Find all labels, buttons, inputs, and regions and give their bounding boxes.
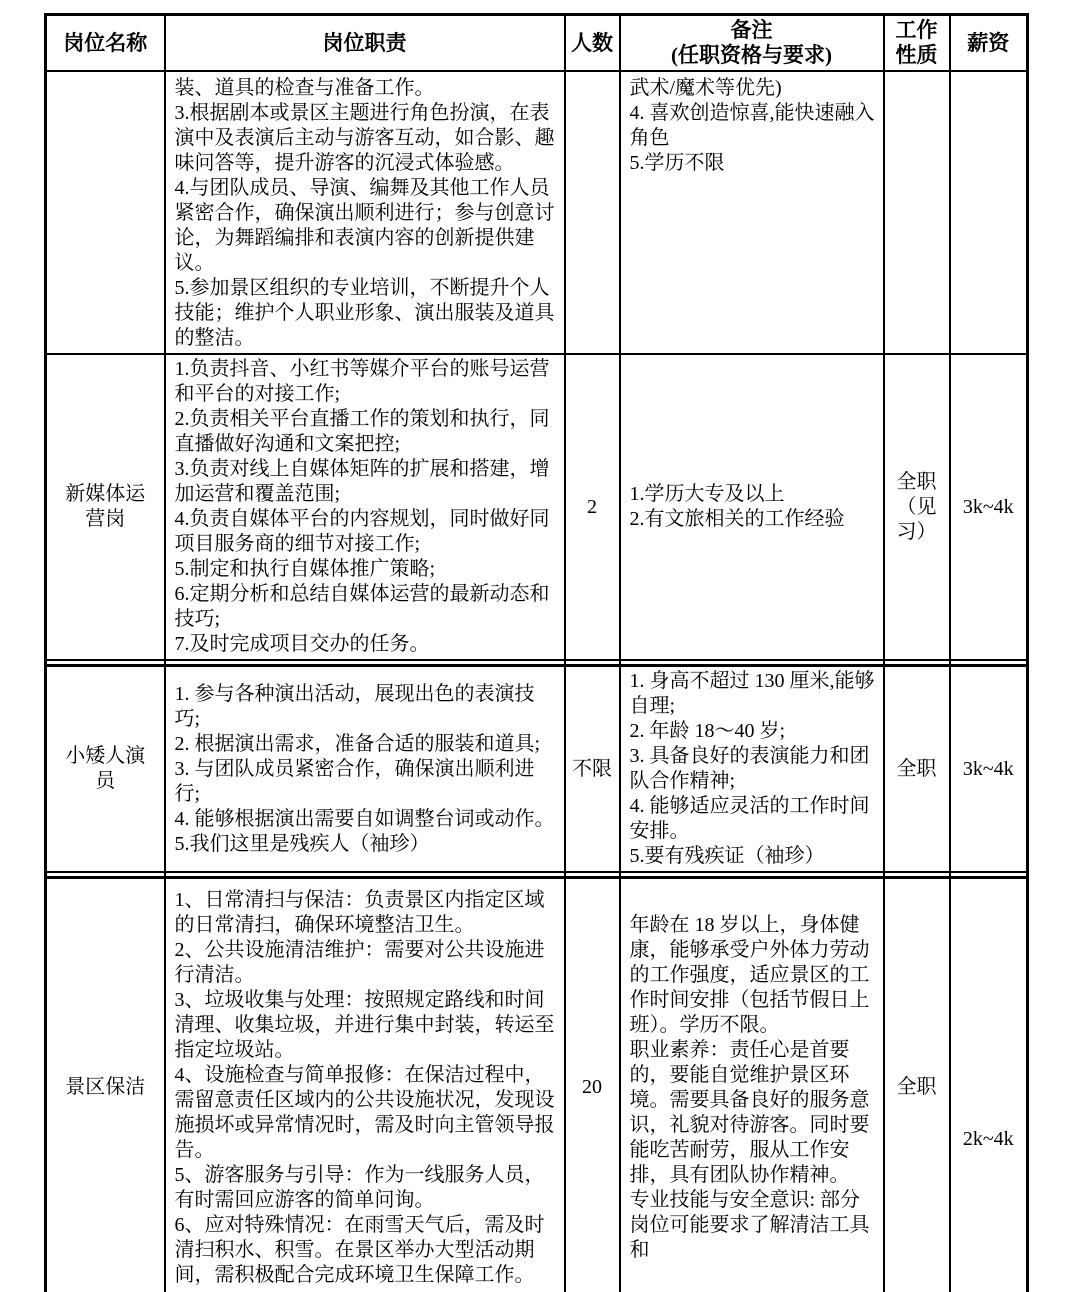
- cell-work-type: 全职: [884, 878, 950, 1292]
- table-row-scenic-area-cleaner: 景区保洁 1、日常清扫与保洁：负责景区内指定区域的日常清扫，确保环境整洁卫生。 …: [46, 878, 1028, 1292]
- cell-salary: 3k~4k: [950, 666, 1028, 873]
- col-header-duties: 岗位职责: [165, 15, 565, 72]
- cell-position: 新媒体运 营岗: [46, 354, 165, 660]
- col-header-count: 人数: [565, 15, 620, 72]
- cell-salary: 3k~4k: [950, 354, 1028, 660]
- cell-work-type: 全职: [884, 666, 950, 873]
- cell-count: [565, 71, 620, 354]
- col-header-position: 岗位名称: [46, 15, 165, 72]
- table-row-dwarf-actor: 小矮人演 员 1. 参与各种演出活动，展现出色的表演技巧; 2. 根据演出需求，…: [46, 666, 1028, 873]
- cell-position: 景区保洁: [46, 878, 165, 1292]
- table-row-new-media-operator: 新媒体运 营岗 1.负责抖音、小红书等媒介平台的账号运营和平台的对接工作; 2.…: [46, 354, 1028, 660]
- document-page: 岗位名称 岗位职责 人数 备注 (任职资格与要求) 工作 性质 薪资 装、道具的…: [0, 0, 1080, 1292]
- cell-remarks: 年龄在 18 岁以上，身体健康，能够承受户外体力劳动的工作强度，适应景区的工作时…: [620, 878, 884, 1292]
- cell-count: 20: [565, 878, 620, 1292]
- cell-work-type: 全职 （见 习）: [884, 354, 950, 660]
- col-header-work-type: 工作 性质: [884, 15, 950, 72]
- table-header-row: 岗位名称 岗位职责 人数 备注 (任职资格与要求) 工作 性质 薪资: [46, 15, 1028, 72]
- col-header-salary: 薪资: [950, 15, 1028, 72]
- cell-position: [46, 71, 165, 354]
- cell-salary: [950, 71, 1028, 354]
- cell-duties: 1、日常清扫与保洁：负责景区内指定区域的日常清扫，确保环境整洁卫生。 2、公共设…: [165, 878, 565, 1292]
- cell-count: 不限: [565, 666, 620, 873]
- cell-duties: 1.负责抖音、小红书等媒介平台的账号运营和平台的对接工作; 2.负责相关平台直播…: [165, 354, 565, 660]
- col-header-remarks: 备注 (任职资格与要求): [620, 15, 884, 72]
- cell-count: 2: [565, 354, 620, 660]
- cell-work-type: [884, 71, 950, 354]
- cell-salary: 2k~4k: [950, 878, 1028, 1292]
- cell-remarks: 武术/魔术等优先) 4. 喜欢创造惊喜,能快速融入角色 5.学历不限: [620, 71, 884, 354]
- cell-remarks: 1.学历大专及以上 2.有文旅相关的工作经验: [620, 354, 884, 660]
- cell-duties: 装、道具的检查与准备工作。 3.根据剧本或景区主题进行角色扮演，在表演中及表演后…: [165, 71, 565, 354]
- job-postings-table: 岗位名称 岗位职责 人数 备注 (任职资格与要求) 工作 性质 薪资 装、道具的…: [44, 13, 1029, 1292]
- cell-duties: 1. 参与各种演出活动，展现出色的表演技巧; 2. 根据演出需求，准备合适的服装…: [165, 666, 565, 873]
- table-row-performer-continued: 装、道具的检查与准备工作。 3.根据剧本或景区主题进行角色扮演，在表演中及表演后…: [46, 71, 1028, 354]
- cell-remarks: 1. 身高不超过 130 厘米,能够自理; 2. 年龄 18～40 岁; 3. …: [620, 666, 884, 873]
- cell-position: 小矮人演 员: [46, 666, 165, 873]
